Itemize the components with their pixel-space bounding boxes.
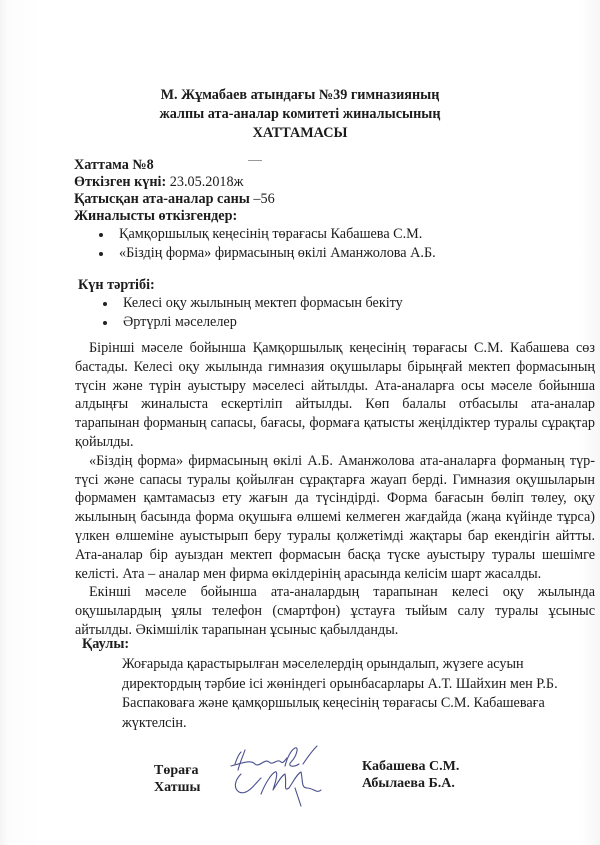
date-label: Өткізген күні: [74, 174, 166, 190]
decision-text: Жоғарыда қарастырылған мәселелердің орын… [122, 655, 582, 733]
title-line-2: жалпы ата-аналар комитеті жиналысының [100, 105, 500, 124]
role-chair: Төраға [154, 762, 200, 779]
title-line-1: М. Жұмабаев атындағы №39 гимназияның [100, 86, 500, 105]
meeting-date: Өткізген күні: 23.05.2018ж [74, 174, 436, 191]
signature-names: Кабашева С.М. Абылаева Б.А. [362, 758, 459, 792]
name-chair: Кабашева С.М. [362, 758, 459, 775]
minutes-body: Бірінші мәселе бойынша Қамқоршылық кеңес… [75, 339, 595, 640]
paragraph-firm-representative: «Біздің форма» фирмасының өкілі А.Б. Ама… [75, 452, 595, 584]
agenda-label: Күн тәртібі: [78, 277, 403, 294]
decision-label: Қаулы: [82, 636, 582, 653]
document-page: М. Жұмабаев атындағы №39 гимназияның жал… [0, 0, 600, 845]
handwritten-signature-icon [225, 744, 330, 808]
document-title: М. Жұмабаев атындағы №39 гимназияның жал… [100, 86, 500, 143]
host-item: «Біздің форма» фирмасының өкілі Аманжоло… [96, 244, 436, 263]
signature-roles: Төраға Хатшы [154, 762, 200, 796]
agenda-item: Келесі оқу жылының мектеп формасын бекіт… [100, 294, 403, 313]
role-secretary: Хатшы [154, 779, 200, 796]
attendance-count: Қатысқан ата-аналар саны –56 [74, 191, 436, 208]
name-secretary: Абылаева Б.А. [362, 775, 459, 792]
attendance-label: Қатысқан ата-аналар саны [74, 191, 250, 207]
decision-section: Қаулы: Жоғарыда қарастырылған мәселелерд… [82, 636, 582, 733]
agenda-list: Келесі оқу жылының мектеп формасын бекіт… [78, 294, 403, 332]
protocol-meta: Хаттама №8 Өткізген күні: 23.05.2018ж Қа… [74, 157, 436, 263]
paragraph-second-issue: Екінші мәселе бойынша ата-аналардың тара… [75, 583, 595, 639]
attendance-value: –56 [250, 191, 275, 207]
host-item: Қамқоршылық кеңесінің төрағасы Кабашева … [96, 225, 436, 244]
hosts-label: Жиналысты өткізгендер: [74, 208, 436, 225]
title-line-3: ХАТТАМАСЫ [100, 124, 500, 143]
paragraph-first-issue: Бірінші мәселе бойынша Қамқоршылық кеңес… [75, 339, 595, 452]
hosts-list: Қамқоршылық кеңесінің төрағасы Кабашева … [74, 225, 436, 263]
protocol-number: Хаттама №8 [74, 157, 436, 174]
agenda-item: Әртүрлі мәселелер [100, 313, 403, 332]
agenda-section: Күн тәртібі: Келесі оқу жылының мектеп ф… [78, 277, 403, 332]
date-value: 23.05.2018ж [166, 174, 243, 190]
